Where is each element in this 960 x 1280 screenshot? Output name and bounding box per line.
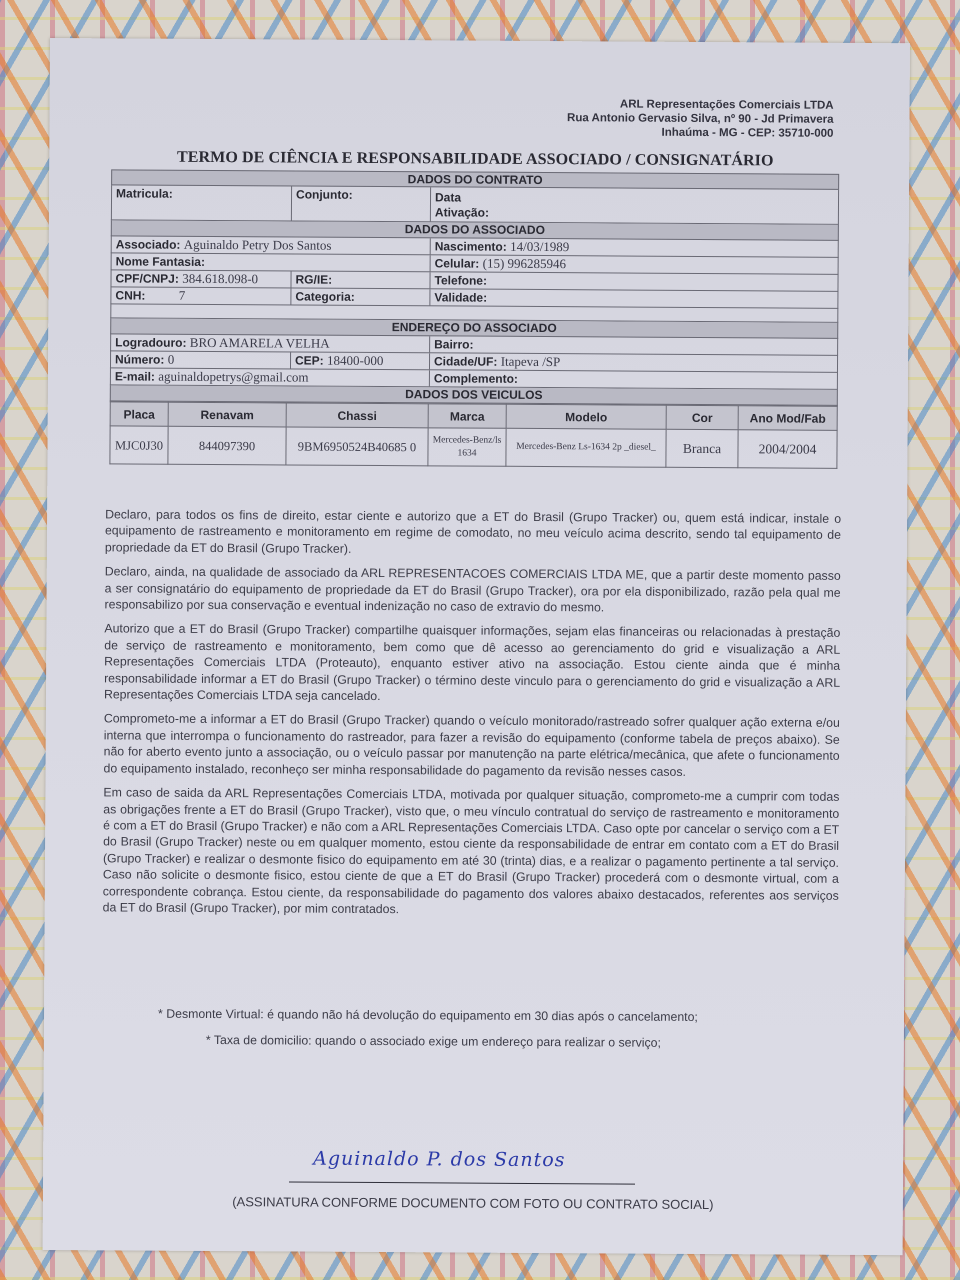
- nome-fantasia-label: Nome Fantasia:: [116, 254, 205, 269]
- field-nome-fantasia: Nome Fantasia:: [112, 253, 431, 271]
- declaration-text: Declaro, para todos os fins de direito, …: [103, 506, 842, 928]
- paragraph-comprometo: Comprometo-me a informar a ET do Brasil …: [103, 711, 839, 781]
- field-rg: RG/IE:: [291, 271, 430, 288]
- footnotes: * Desmonte Virtual: é quando não há devo…: [102, 1006, 838, 1010]
- numero-value: 0: [168, 352, 175, 367]
- cpf-value: 384.618.098-0: [182, 271, 258, 286]
- cidade-label: Cidade/UF:: [434, 354, 497, 368]
- paragraph-autorizo: Autorizo que a ET do Brasil (Grupo Track…: [104, 621, 840, 708]
- celular-label: Celular:: [435, 256, 480, 270]
- nascimento-label: Nascimento:: [435, 239, 507, 253]
- company-city: Inhaúma - MG - CEP: 35710-000: [567, 125, 834, 141]
- data-ativacao-label-2: Ativação:: [435, 205, 834, 222]
- cell-chassi: 9BM6950524B40685 0: [286, 427, 428, 466]
- cnh-value: 7: [179, 288, 186, 303]
- logradouro-value: BRO AMARELA VELHA: [190, 335, 330, 351]
- signature-caption: (ASSINATURA CONFORME DOCUMENTO COM FOTO …: [193, 1194, 753, 1212]
- bairro-label: Bairro:: [434, 337, 473, 351]
- cidade-value: Itapeva /SP: [501, 354, 561, 369]
- cell-marca: Mercedes-Benz/ls 1634: [428, 428, 506, 466]
- email-value: aguinaldopetrys@gmail.com: [158, 369, 308, 385]
- col-ano: Ano Mod/Fab: [738, 406, 837, 431]
- associado-value: Aguinaldo Petry Dos Santos: [184, 237, 332, 253]
- company-header: ARL Representações Comerciais LTDA Rua A…: [567, 97, 834, 141]
- col-cor: Cor: [666, 405, 738, 429]
- cep-value: 18400-000: [327, 353, 383, 368]
- field-numero: Número: 0: [111, 351, 291, 368]
- cell-modelo: Mercedes-Benz Ls-1634 2p _diesel_: [506, 428, 666, 467]
- matricula-label: Matricula:: [116, 186, 173, 200]
- field-cnh: CNH: 7: [111, 287, 291, 304]
- field-matricula: Matricula:: [112, 185, 292, 220]
- field-categoria: Categoria:: [291, 288, 430, 305]
- field-conjunto: Conjunto:: [292, 186, 431, 221]
- col-modelo: Modelo: [506, 404, 666, 429]
- cnh-label: CNH:: [115, 288, 145, 302]
- col-renavam: Renavam: [168, 402, 286, 427]
- cell-renavam: 844097390: [168, 426, 286, 465]
- field-complemento: Complemento:: [430, 370, 837, 388]
- field-associado: Associado: Aguinaldo Petry Dos Santos: [112, 236, 431, 254]
- document-title: TERMO DE CIÊNCIA E RESPONSABILIDADE ASSO…: [115, 148, 835, 170]
- logradouro-label: Logradouro:: [115, 335, 186, 349]
- field-data-ativacao: Data Ativação:: [431, 187, 838, 223]
- conjunto-label: Conjunto:: [296, 188, 353, 202]
- paragraph-declaro: Declaro, para todos os fins de direito, …: [105, 506, 841, 560]
- nascimento-value: 14/03/1989: [510, 239, 569, 254]
- field-nascimento: Nascimento: 14/03/1989: [431, 238, 838, 256]
- cell-placa: MJC0J30: [110, 426, 168, 464]
- cpf-label: CPF/CNPJ:: [115, 271, 178, 285]
- col-marca: Marca: [428, 404, 506, 428]
- field-cep: CEP: 18400-000: [291, 352, 430, 369]
- document-page: ARL Representações Comerciais LTDA Rua A…: [43, 38, 910, 1255]
- field-email: E-mail: aguinaldopetrys@gmail.com: [111, 368, 430, 386]
- table-row: MJC0J30 844097390 9BM6950524B40685 0 Mer…: [110, 426, 837, 468]
- field-logradouro: Logradouro: BRO AMARELA VELHA: [111, 334, 430, 352]
- signature-line: [289, 1181, 635, 1184]
- col-placa: Placa: [110, 402, 168, 426]
- form-table: DADOS DO CONTRATO Matricula: Conjunto: D…: [109, 169, 839, 468]
- company-address: Rua Antonio Gervasio Silva, nº 90 - Jd P…: [567, 111, 834, 127]
- associado-label: Associado:: [116, 237, 181, 251]
- paragraph-consignatario: Declaro, ainda, na qualidade de associad…: [104, 564, 840, 618]
- vehicles-table: Placa Renavam Chassi Marca Modelo Cor An…: [109, 401, 837, 468]
- field-cidade: Cidade/UF: Itapeva /SP: [430, 353, 837, 371]
- row-contrato: Matricula: Conjunto: Data Ativação:: [111, 185, 839, 224]
- rg-label: RG/IE:: [295, 273, 332, 287]
- categoria-label: Categoria:: [295, 290, 354, 304]
- handwritten-signature: Aguinaldo P. dos Santos: [313, 1148, 633, 1172]
- cell-cor: Branca: [666, 429, 738, 467]
- paragraph-saida: Em caso de saida da ARL Representações C…: [103, 784, 840, 920]
- field-telefone: Telefone:: [430, 272, 837, 290]
- cep-label: CEP:: [295, 354, 324, 368]
- field-celular: Celular: (15) 996285946: [431, 255, 838, 273]
- cell-ano: 2004/2004: [738, 430, 837, 469]
- numero-label: Número:: [115, 352, 164, 366]
- field-cpf: CPF/CNPJ: 384.618.098-0: [111, 270, 291, 287]
- validade-label: Validade:: [434, 290, 487, 304]
- complemento-label: Complemento:: [434, 371, 518, 386]
- telefone-label: Telefone:: [434, 273, 487, 287]
- email-label: E-mail:: [115, 369, 155, 383]
- note-taxa-domicilio: * Taxa de domicilio: quando o associado …: [206, 1033, 661, 1050]
- col-chassi: Chassi: [286, 403, 428, 428]
- note-desmonte-virtual: * Desmonte Virtual: é quando não há devo…: [158, 1007, 698, 1024]
- celular-value: (15) 996285946: [483, 256, 567, 272]
- field-bairro: Bairro:: [430, 336, 837, 354]
- field-validade: Validade:: [430, 289, 837, 307]
